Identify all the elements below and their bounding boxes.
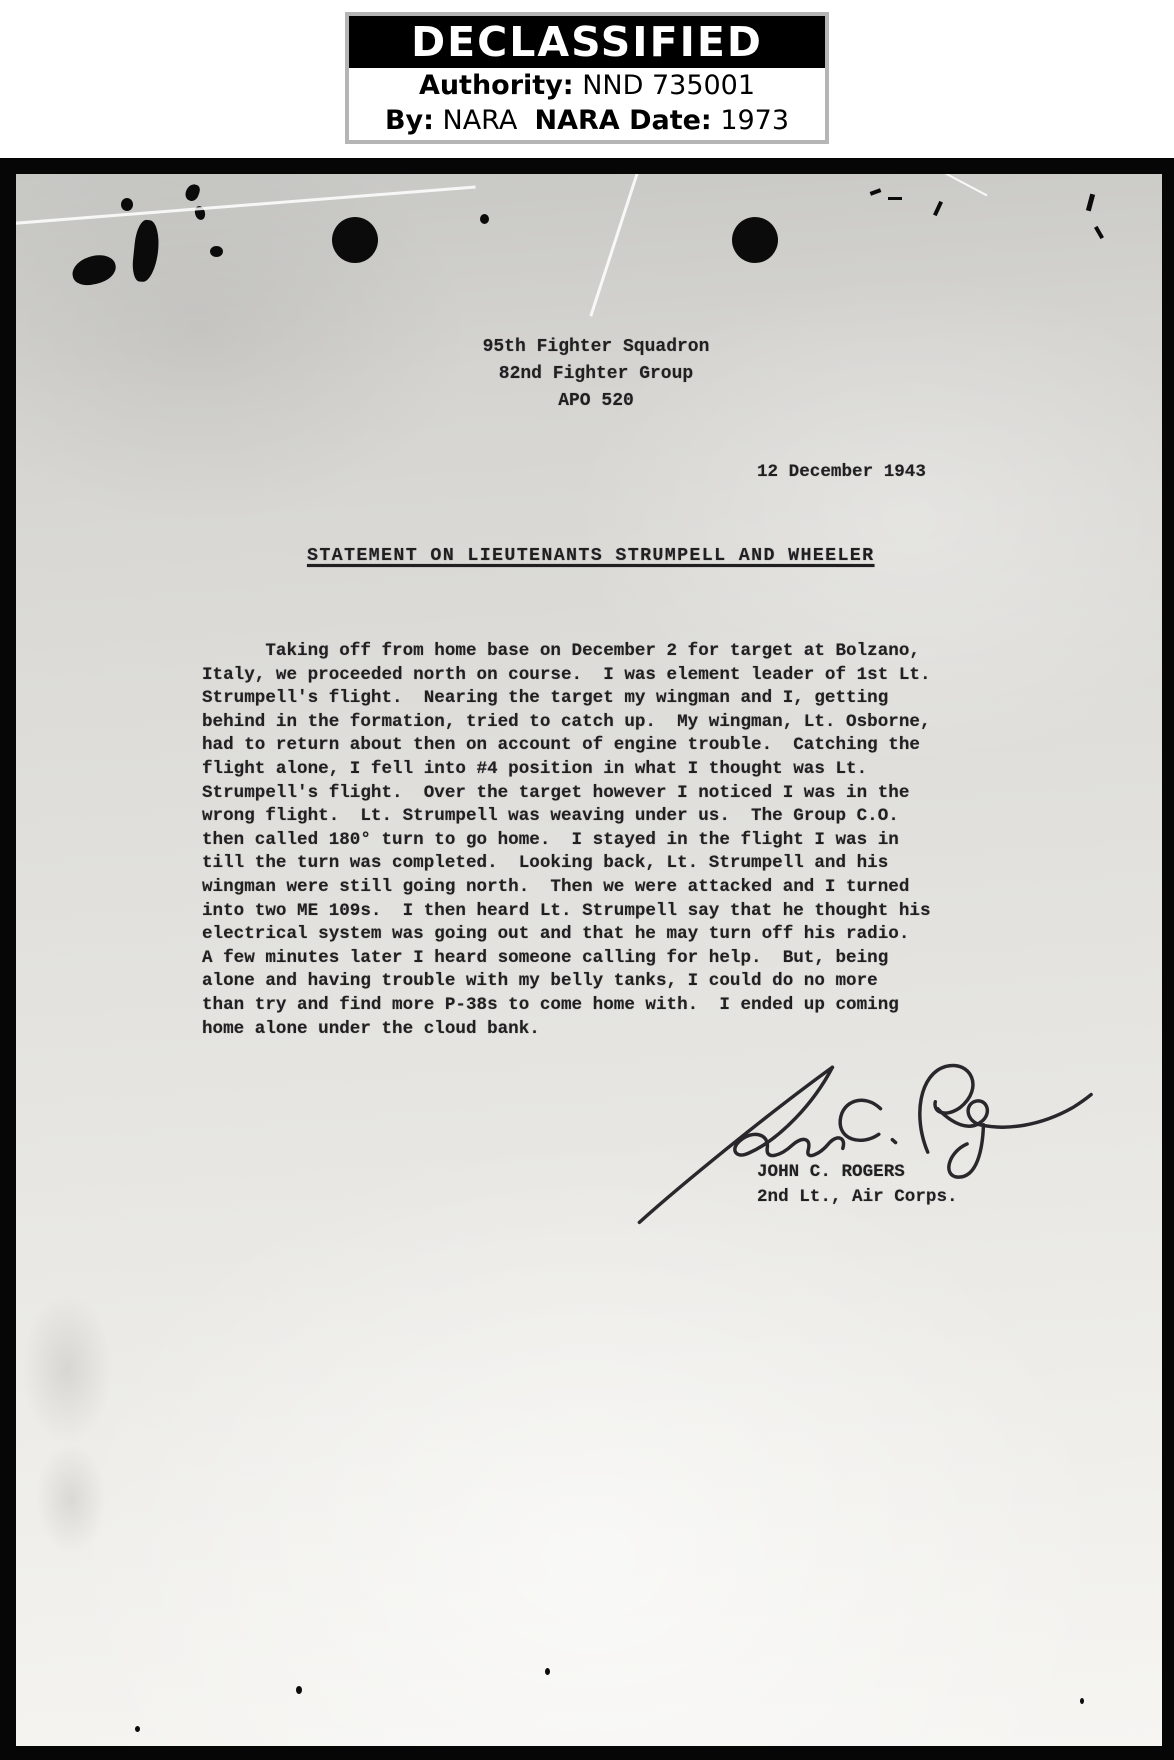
letterhead-squadron: 95th Fighter Squadron [435, 334, 757, 361]
body-line: home alone under the cloud bank. [202, 1018, 931, 1042]
body-line: than try and find more P-38s to come hom… [202, 994, 931, 1018]
stamp-authority-line: Authority: NND 735001 [349, 68, 825, 103]
stamp-band: DECLASSIFIED Authority: NND 735001 By: N… [0, 0, 1174, 158]
scan-background: 95th Fighter Squadron 82nd Fighter Group… [0, 158, 1174, 1760]
smudge-mark [22, 1294, 112, 1444]
body-line: electrical system was going out and that… [202, 923, 931, 947]
signature-typed-name: JOHN C. ROGERS [757, 1162, 905, 1182]
ink-speck-mark [870, 188, 882, 196]
document-page: 95th Fighter Squadron 82nd Fighter Group… [16, 174, 1162, 1746]
ink-speck-mark [183, 182, 201, 202]
body-line: then called 180° turn to go home. I stay… [202, 829, 931, 853]
smudge-mark [36, 1444, 106, 1554]
document-title: STATEMENT ON LIEUTENANTS STRUMPELL AND W… [307, 545, 874, 566]
body-line: wingman were still going north. Then we … [202, 876, 931, 900]
ink-speck-mark [121, 198, 133, 211]
scanned-document: DECLASSIFIED Authority: NND 735001 By: N… [0, 0, 1174, 1760]
ink-speck-mark [1080, 1698, 1084, 1704]
ink-speck-mark [888, 197, 902, 200]
ink-blot-mark [131, 219, 161, 283]
letterhead: 95th Fighter Squadron 82nd Fighter Group… [435, 334, 757, 415]
body-line: into two ME 109s. I then heard Lt. Strum… [202, 900, 931, 924]
hole-punch-left-mark [332, 217, 378, 263]
by-label: By: [385, 105, 434, 136]
scratch-mark [589, 174, 641, 316]
ink-speck-mark [1086, 194, 1095, 212]
body-line: flight alone, I fell into #4 position in… [202, 758, 931, 782]
ink-speck-mark [480, 214, 489, 224]
body-line: Italy, we proceeded north on course. I w… [202, 664, 931, 688]
authority-label: Authority: [419, 70, 574, 101]
body-line: Strumpell's flight. Nearing the target m… [202, 687, 931, 711]
declassified-stamp: DECLASSIFIED Authority: NND 735001 By: N… [345, 12, 829, 144]
ink-speck-mark [210, 246, 223, 257]
by-value: NARA [443, 105, 518, 136]
signature-typed-rank: 2nd Lt., Air Corps. [757, 1187, 958, 1207]
date-line: 12 December 1943 [757, 462, 926, 482]
body-line: wrong flight. Lt. Strumpell was weaving … [202, 805, 931, 829]
ink-speck-mark [135, 1726, 140, 1732]
ink-speck-mark [1094, 226, 1104, 239]
body-line: Strumpell's flight. Over the target howe… [202, 782, 931, 806]
nara-date-value: 1973 [720, 105, 789, 136]
stamp-by-line: By: NARA NARA Date: 1973 [349, 103, 825, 138]
letterhead-group: 82nd Fighter Group [435, 361, 757, 388]
statement-body: Taking off from home base on December 2 … [202, 640, 931, 1041]
ink-speck-mark [545, 1668, 550, 1675]
body-line: had to return about then on account of e… [202, 734, 931, 758]
scratch-mark [16, 186, 476, 225]
body-line: behind in the formation, tried to catch … [202, 711, 931, 735]
letterhead-apo: APO 520 [435, 388, 757, 415]
ink-speck-mark [296, 1686, 302, 1694]
body-line: A few minutes later I heard someone call… [202, 947, 931, 971]
body-line: alone and having trouble with my belly t… [202, 970, 931, 994]
ink-blot-mark [70, 252, 119, 289]
authority-value: NND 735001 [582, 70, 755, 101]
body-line: till the turn was completed. Looking bac… [202, 852, 931, 876]
stamp-title: DECLASSIFIED [349, 16, 825, 68]
nara-date-label: NARA Date: [535, 105, 712, 136]
scratch-mark [925, 174, 988, 196]
body-line: Taking off from home base on December 2 … [202, 640, 931, 664]
ink-speck-mark [933, 201, 943, 216]
hole-punch-right-mark [732, 217, 778, 263]
